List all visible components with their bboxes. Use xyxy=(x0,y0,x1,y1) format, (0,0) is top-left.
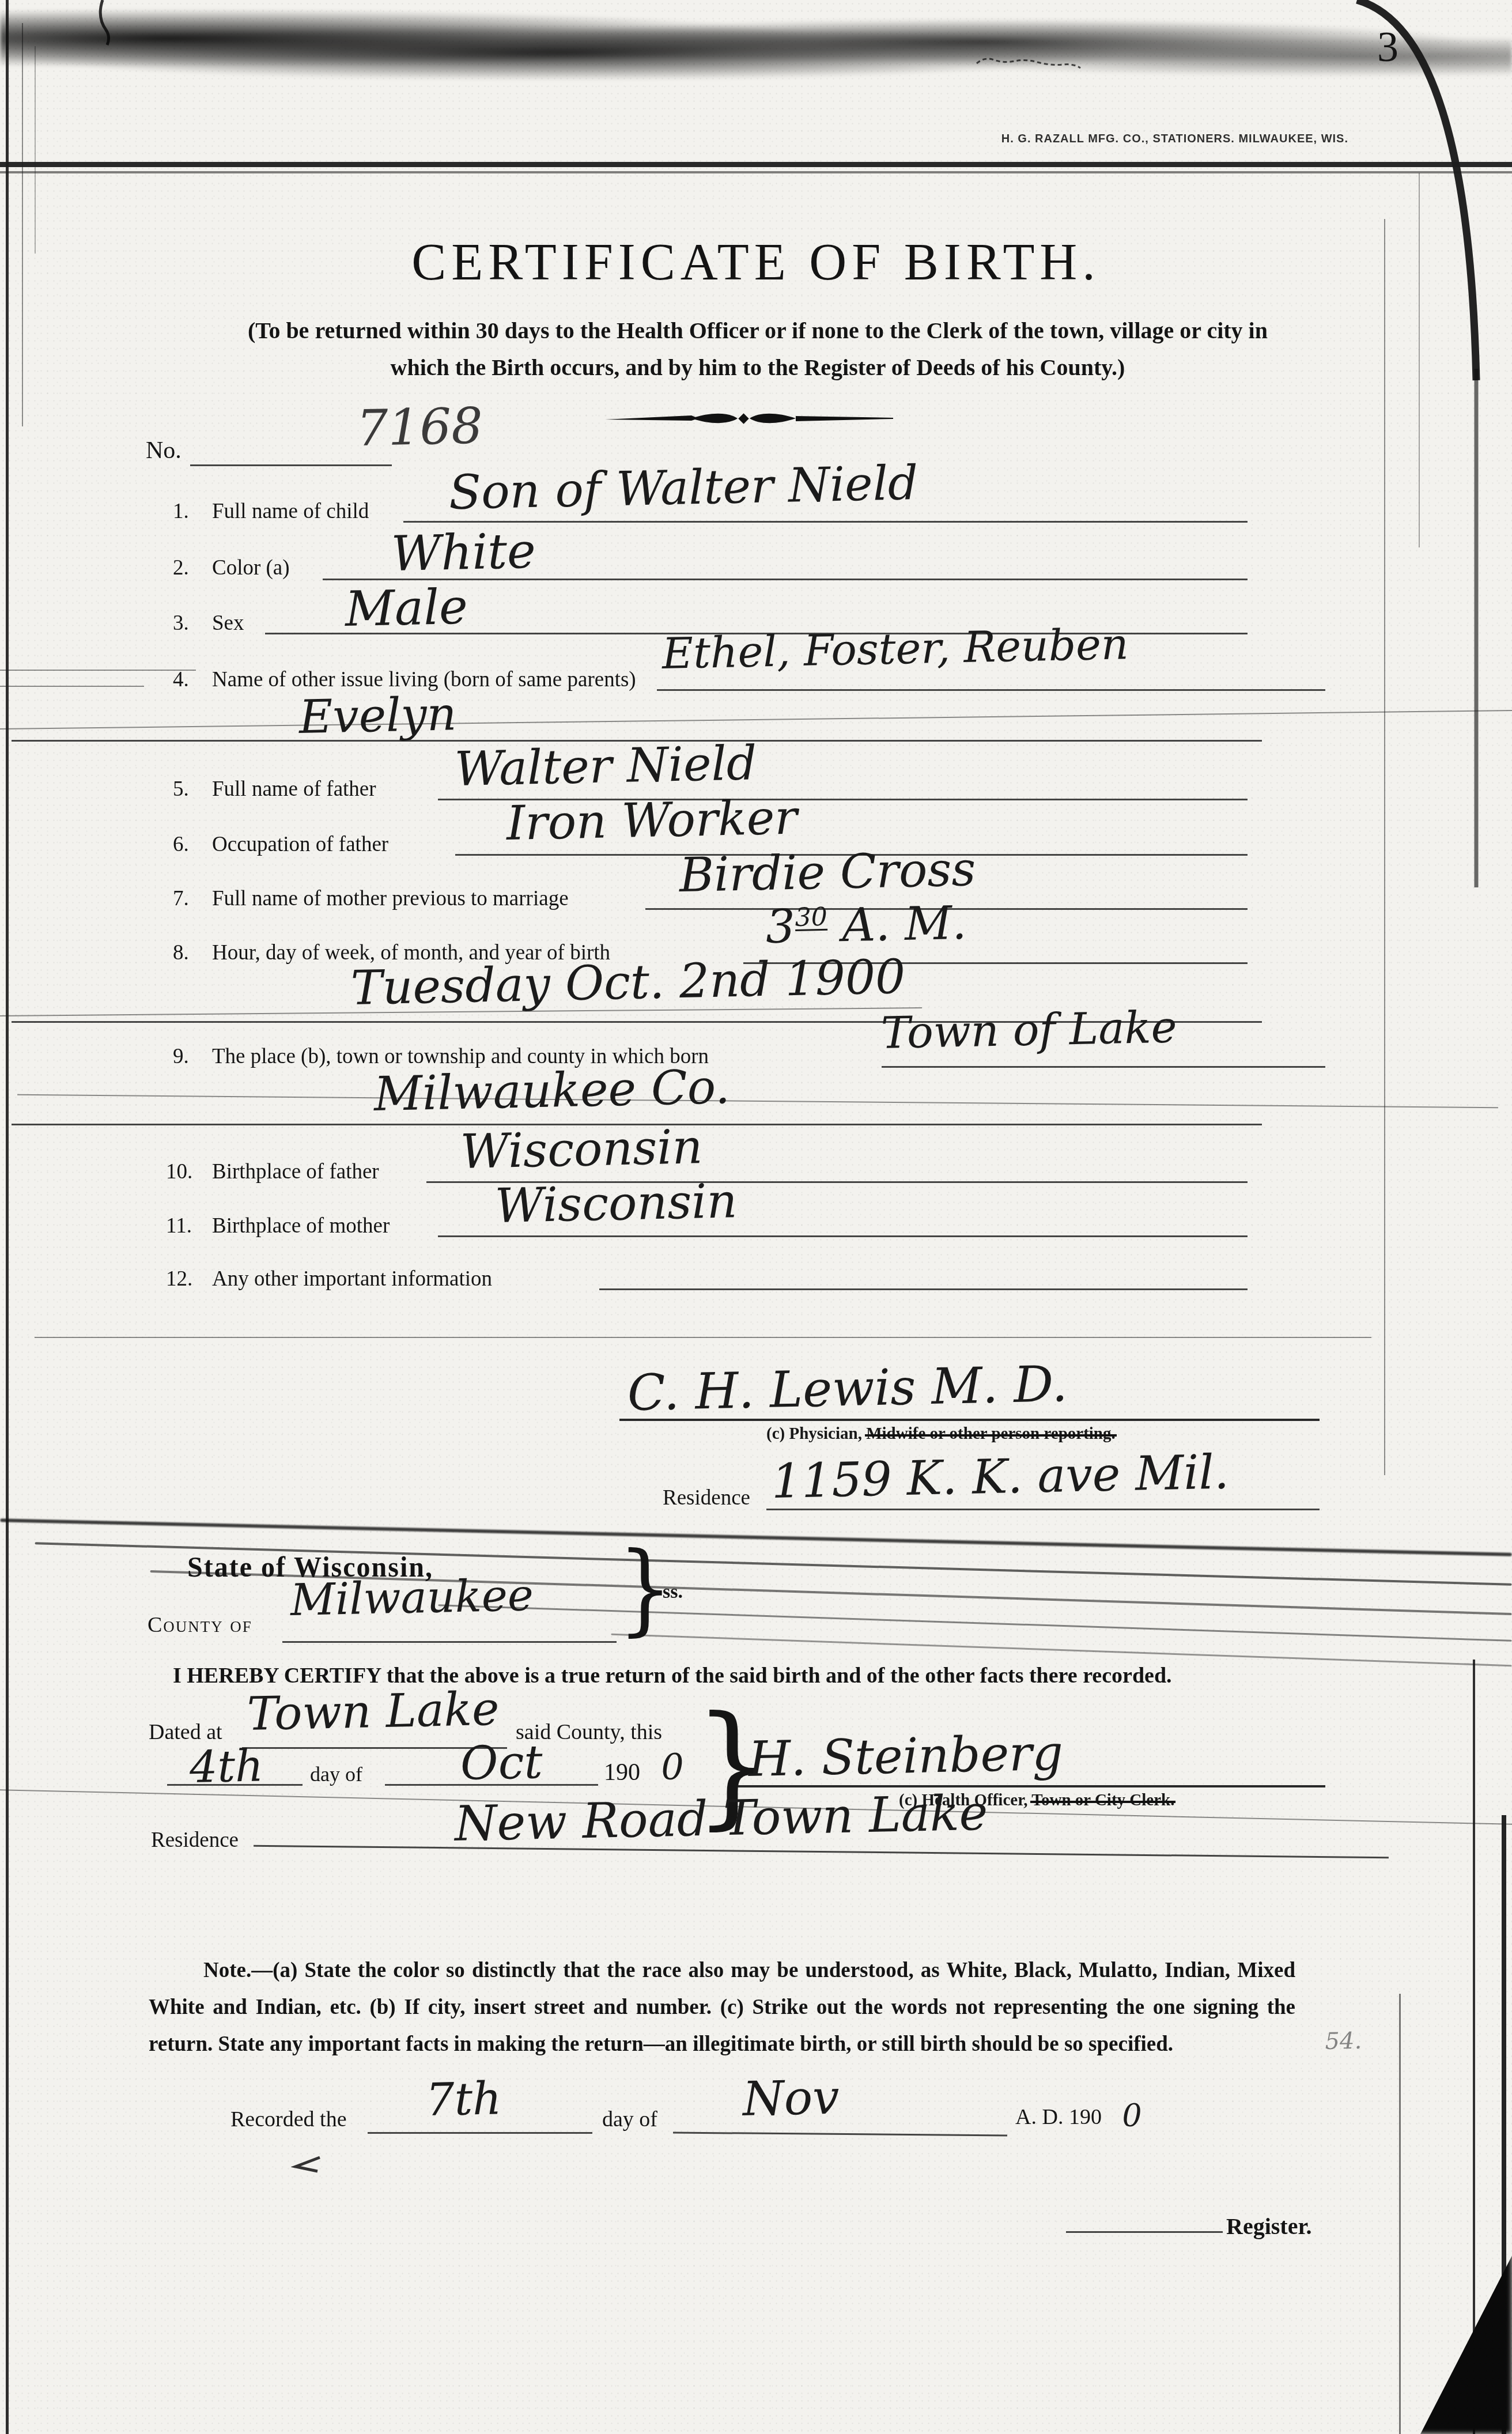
item-3-number: 3. xyxy=(173,611,189,636)
physician-residence-label: Residence xyxy=(663,1486,750,1510)
item-6-number: 6. xyxy=(173,832,189,857)
county-line xyxy=(282,1641,617,1643)
item-12-line xyxy=(599,1288,1248,1290)
stationer-imprint: H. G. RAZALL MFG. CO., STATIONERS. MILWA… xyxy=(795,133,1348,146)
top-rule xyxy=(0,162,1512,167)
top-rule-shadow xyxy=(0,171,1512,173)
certificate-no-label: No. xyxy=(146,437,182,464)
dated-month-value: Oct xyxy=(460,1735,543,1790)
recorded-month-value: Nov xyxy=(742,2070,840,2127)
item-1-number: 1. xyxy=(173,499,189,524)
officer-signature-line xyxy=(738,1785,1325,1787)
item-8-number: 8. xyxy=(173,940,189,965)
right-edge-line xyxy=(1473,1660,1475,2434)
register-line xyxy=(1066,2231,1223,2233)
recorded-month-line xyxy=(673,2131,1007,2136)
item-5-value: Walter Nield xyxy=(454,736,757,797)
item-9-value-continued: Milwaukee Co. xyxy=(373,1060,731,1122)
pen-check-mark xyxy=(291,2154,326,2175)
item-4-number: 4. xyxy=(173,667,189,692)
physician-signature: C. H. Lewis M. D. xyxy=(627,1355,1068,1422)
subtitle-line-1: (To be returned within 30 days to the He… xyxy=(115,317,1400,344)
right-fold-line-2 xyxy=(1419,173,1420,547)
meridiem-value: A. M. xyxy=(841,896,967,953)
certificate-no-value: 7168 xyxy=(356,397,483,458)
item-2-label: Color (a) xyxy=(212,555,290,580)
item-6-value: Iron Worker xyxy=(506,790,797,851)
item-10-number: 10. xyxy=(166,1159,192,1184)
subtitle-line-2: which the Birth occurs, and by him to th… xyxy=(115,354,1400,381)
item-2-value: White xyxy=(391,523,536,582)
item-10-label: Birthplace of father xyxy=(212,1159,379,1184)
ruled-line xyxy=(17,1094,1498,1108)
recorded-day-of-label: day of xyxy=(602,2107,657,2132)
item-5-number: 5. xyxy=(173,777,189,802)
officer-caption-struck-text: Town or City Clerk. xyxy=(1031,1791,1174,1809)
pencil-mark: 54. xyxy=(1325,2028,1362,2055)
year-written: 0 xyxy=(660,1745,684,1788)
left-binding-line xyxy=(6,0,9,2434)
item-7-label: Full name of mother previous to marriage xyxy=(212,886,569,911)
ruled-line xyxy=(0,710,1512,730)
item-3-value: Male xyxy=(345,579,468,637)
dated-day-line xyxy=(167,1784,303,1786)
item-12-number: 12. xyxy=(166,1267,192,1291)
item-1-value: Son of Walter Nield xyxy=(448,456,918,520)
ruled-line xyxy=(0,686,144,687)
item-4-value: Ethel, Foster, Reuben xyxy=(661,619,1129,679)
day-of-label: day of xyxy=(310,1762,362,1786)
recorded-day-line xyxy=(368,2132,592,2134)
officer-signature: H. Steinberg xyxy=(748,1725,1064,1787)
register-label: Register. xyxy=(1226,2213,1311,2240)
officer-residence-line xyxy=(254,1845,1389,1859)
physician-caption-struck-text: Midwife or other person reporting. xyxy=(866,1424,1116,1443)
item-10-value: Wisconsin xyxy=(460,1120,703,1180)
recorded-day-value: 7th xyxy=(425,2073,502,2126)
item-11-value: Wisconsin xyxy=(494,1174,738,1234)
item-7-value: Birdie Cross xyxy=(679,842,976,903)
physician-caption-prefix: (c) Physician, xyxy=(766,1424,866,1443)
dated-at-value: Town Lake xyxy=(247,1682,500,1741)
right-fold-line xyxy=(1384,219,1385,1475)
item-1-label: Full name of child xyxy=(212,499,369,524)
item-3-label: Sex xyxy=(212,611,244,636)
recorded-label: Recorded the xyxy=(230,2107,347,2132)
hour-value: 3 xyxy=(765,899,796,954)
ss-label: ss. xyxy=(663,1581,683,1603)
ornament-divider-icon xyxy=(605,410,893,428)
scanned-birth-certificate: 3 H. G. RAZALL MFG. CO., STATIONERS. MIL… xyxy=(0,0,1512,2434)
physician-residence-line xyxy=(766,1509,1320,1510)
item-11-number: 11. xyxy=(166,1214,192,1238)
officer-residence-label: Residence xyxy=(151,1828,239,1853)
recorded-year-written: 0 xyxy=(1122,2097,1143,2134)
page-title: CERTIFICATE OF BIRTH. xyxy=(58,233,1454,292)
certificate-no-line xyxy=(190,464,392,466)
item-2-number: 2. xyxy=(173,555,189,580)
hour-minutes-superscript: 30 xyxy=(795,906,827,931)
ruled-line xyxy=(0,670,196,671)
register-margin-line xyxy=(1399,1994,1401,2434)
ruled-line xyxy=(35,1337,1371,1338)
physician-residence-value: 1159 K. K. ave Mil. xyxy=(771,1445,1230,1509)
item-4-line xyxy=(657,689,1325,691)
item-11-line xyxy=(438,1235,1248,1237)
officer-residence-value: New Road Town Lake xyxy=(454,1785,988,1852)
item-6-label: Occupation of father xyxy=(212,832,388,857)
item-9-value: Town of Lake xyxy=(880,1001,1177,1059)
certify-rest: that the above is a true return of the s… xyxy=(381,1664,1171,1688)
item-8-value-continued: Tuesday Oct. 2nd 1900 xyxy=(350,950,906,1016)
county-value: Milwaukee xyxy=(290,1569,534,1626)
item-5-label: Full name of father xyxy=(212,777,376,802)
item-11-label: Birthplace of mother xyxy=(212,1214,390,1238)
physician-caption: (c) Physician, Midwife or other person r… xyxy=(766,1424,1116,1443)
recorded-year-label: A. D. 190 xyxy=(1015,2104,1102,2130)
note-paragraph: Note.—(a) State the color so distinctly … xyxy=(149,1952,1295,2063)
bottom-right-shadow xyxy=(1354,2236,1512,2434)
item-9-line xyxy=(882,1066,1325,1068)
physician-signature-line xyxy=(619,1419,1320,1421)
county-label: County of xyxy=(148,1612,252,1638)
year-printed: 190 xyxy=(604,1759,640,1786)
fold-streak xyxy=(611,1634,1511,1667)
item-4-value-continued: Evelyn xyxy=(298,687,457,744)
item-7-number: 7. xyxy=(173,886,189,911)
certify-lead: I HEREBY CERTIFY xyxy=(173,1664,381,1688)
scan-fold-smudge xyxy=(0,0,1512,91)
item-8-value: 330 A. M. xyxy=(765,896,967,954)
certify-sentence: I HEREBY CERTIFY that the above is a tru… xyxy=(173,1663,1172,1688)
item-9-number: 9. xyxy=(173,1044,189,1069)
item-12-label: Any other important information xyxy=(212,1267,492,1291)
